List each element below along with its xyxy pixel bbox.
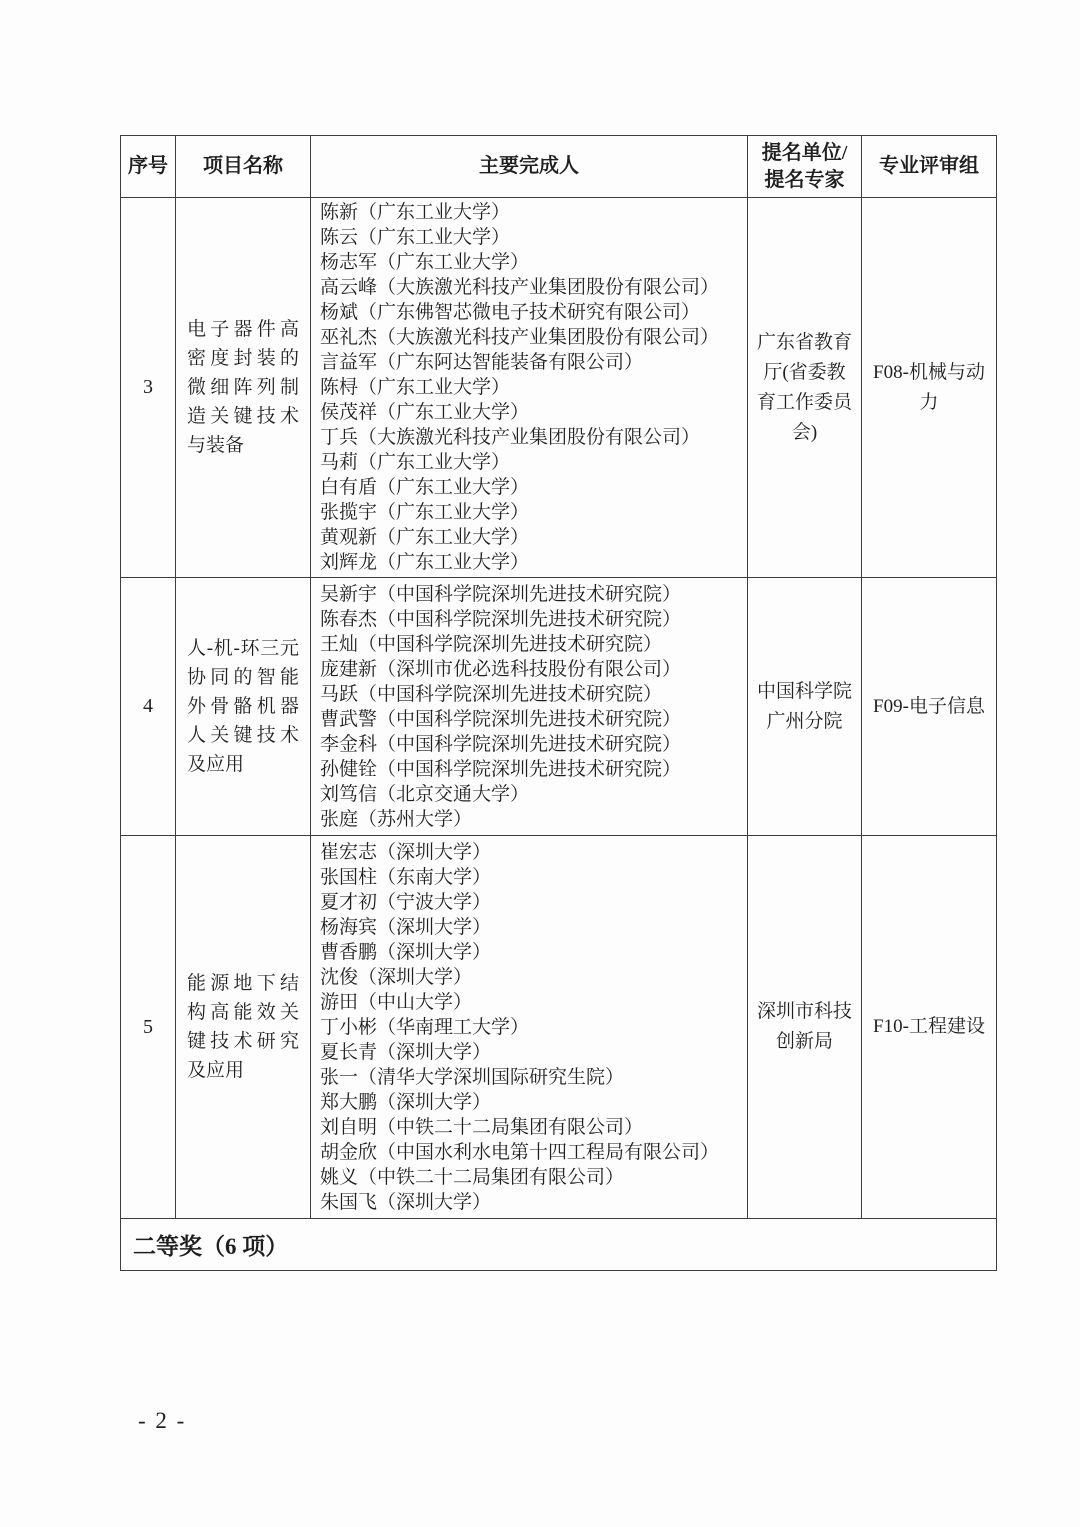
page-number: - 2 -	[138, 1408, 186, 1434]
contributor-line: 王灿（中国科学院深圳先进技术研究院）	[320, 632, 741, 657]
review-group-cell: F08-机械与动力	[862, 198, 997, 578]
table-row: 4 人-机-环三元协同的智能外骨骼机器人关键技术及应用 吴新宇（中国科学院深圳先…	[121, 578, 997, 836]
row-number: 4	[121, 578, 176, 836]
nominator-cell: 中国科学院广州分院	[748, 578, 862, 836]
nominator-cell: 深圳市科技创新局	[748, 836, 862, 1219]
contributor-line: 张国柱（东南大学）	[320, 865, 741, 890]
contributors-cell: 崔宏志（深圳大学）张国柱（东南大学）夏才初（宁波大学）杨海宾（深圳大学）曹香鹏（…	[311, 836, 748, 1219]
table-body: 3 电子器件高密度封装的微细阵列制造关键技术与装备 陈新（广东工业大学）陈云（广…	[121, 198, 997, 1219]
contributor-line: 言益军（广东阿达智能装备有限公司）	[320, 350, 741, 375]
contributor-line: 杨志军（广东工业大学）	[320, 250, 741, 275]
header-nominating-unit: 提名单位/ 提名专家	[748, 136, 862, 198]
contributor-line: 杨斌（广东佛智芯微电子技术研究有限公司）	[320, 300, 741, 325]
contributor-line: 孙健铨（中国科学院深圳先进技术研究院）	[320, 757, 741, 782]
contributor-line: 陈新（广东工业大学）	[320, 200, 741, 225]
contributor-line: 郑大鹏（深圳大学）	[320, 1090, 741, 1115]
contributor-line: 沈俊（深圳大学）	[320, 965, 741, 990]
contributor-line: 杨海宾（深圳大学）	[320, 915, 741, 940]
header-review-group: 专业评审组	[862, 136, 997, 198]
contributor-line: 庞建新（深圳市优必选科技股份有限公司）	[320, 657, 741, 682]
contributor-line: 刘辉龙（广东工业大学）	[320, 550, 741, 575]
table-header-row: 序号 项目名称 主要完成人 提名单位/ 提名专家 专业评审组	[121, 136, 997, 198]
contributor-line: 白有盾（广东工业大学）	[320, 475, 741, 500]
header-main-contributors: 主要完成人	[311, 136, 748, 198]
contributor-line: 姚义（中铁二十二局集团有限公司）	[320, 1165, 741, 1190]
contributor-line: 朱国飞（深圳大学）	[320, 1190, 741, 1215]
contributor-line: 陈春杰（中国科学院深圳先进技术研究院）	[320, 607, 741, 632]
contributor-line: 夏才初（宁波大学）	[320, 890, 741, 915]
section-header-second-prize: 二等奖（6 项）	[121, 1219, 997, 1271]
header-serial-number: 序号	[121, 136, 176, 198]
contributor-line: 崔宏志（深圳大学）	[320, 840, 741, 865]
header-project-name: 项目名称	[176, 136, 311, 198]
contributor-line: 高云峰（大族激光科技产业集团股份有限公司）	[320, 275, 741, 300]
contributor-line: 刘笃信（北京交通大学）	[320, 782, 741, 807]
contributor-line: 吴新宇（中国科学院深圳先进技术研究院）	[320, 582, 741, 607]
contributor-line: 张揽宇（广东工业大学）	[320, 500, 741, 525]
contributor-line: 胡金欣（中国水利水电第十四工程局有限公司）	[320, 1140, 741, 1165]
contributors-cell: 陈新（广东工业大学）陈云（广东工业大学）杨志军（广东工业大学）高云峰（大族激光科…	[311, 198, 748, 578]
contributor-line: 曹武警（中国科学院深圳先进技术研究院）	[320, 707, 741, 732]
section-header-row: 二等奖（6 项）	[121, 1219, 997, 1271]
table-row: 5 能源地下结构高能效关键技术研究及应用 崔宏志（深圳大学）张国柱（东南大学）夏…	[121, 836, 997, 1219]
contributor-line: 张一（清华大学深圳国际研究生院）	[320, 1065, 741, 1090]
table-row: 3 电子器件高密度封装的微细阵列制造关键技术与装备 陈新（广东工业大学）陈云（广…	[121, 198, 997, 578]
contributor-line: 黄观新（广东工业大学）	[320, 525, 741, 550]
row-number: 5	[121, 836, 176, 1219]
nominator-cell: 广东省教育厅(省委教育工作委员会)	[748, 198, 862, 578]
contributor-line: 马莉（广东工业大学）	[320, 450, 741, 475]
contributor-line: 丁兵（大族激光科技产业集团股份有限公司）	[320, 425, 741, 450]
contributor-line: 张庭（苏州大学）	[320, 807, 741, 832]
project-name: 电子器件高密度封装的微细阵列制造关键技术与装备	[176, 198, 311, 578]
contributor-line: 李金科（中国科学院深圳先进技术研究院）	[320, 732, 741, 757]
row-number: 3	[121, 198, 176, 578]
awards-table: 序号 项目名称 主要完成人 提名单位/ 提名专家 专业评审组 3 电子器件高密度…	[120, 135, 997, 1271]
contributor-line: 丁小彬（华南理工大学）	[320, 1015, 741, 1040]
contributor-line: 夏长青（深圳大学）	[320, 1040, 741, 1065]
project-name: 能源地下结构高能效关键技术研究及应用	[176, 836, 311, 1219]
contributors-cell: 吴新宇（中国科学院深圳先进技术研究院）陈春杰（中国科学院深圳先进技术研究院）王灿…	[311, 578, 748, 836]
table-footer-body: 二等奖（6 项）	[121, 1219, 997, 1271]
review-group-cell: F09-电子信息	[862, 578, 997, 836]
contributor-line: 马跃（中国科学院深圳先进技术研究院）	[320, 682, 741, 707]
contributor-line: 陈桪（广东工业大学）	[320, 375, 741, 400]
contributor-line: 刘自明（中铁二十二局集团有限公司）	[320, 1115, 741, 1140]
project-name: 人-机-环三元协同的智能外骨骼机器人关键技术及应用	[176, 578, 311, 836]
document-page: { "page": { "page_number": "- 2 -" }, "t…	[0, 0, 1080, 1527]
contributor-line: 巫礼杰（大族激光科技产业集团股份有限公司）	[320, 325, 741, 350]
contributor-line: 游田（中山大学）	[320, 990, 741, 1015]
contributor-line: 曹香鹏（深圳大学）	[320, 940, 741, 965]
contributor-line: 侯茂祥（广东工业大学）	[320, 400, 741, 425]
review-group-cell: F10-工程建设	[862, 836, 997, 1219]
contributor-line: 陈云（广东工业大学）	[320, 225, 741, 250]
